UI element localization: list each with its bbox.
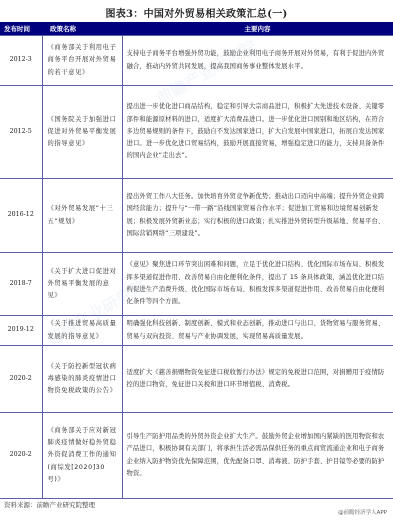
row-content: 明确强化科技创新、制度创新、模式和业态创新，推动进口与出口、货物贸易与服务贸易、… [122, 316, 393, 346]
row-date: 2016-12 [0, 179, 42, 253]
row-content: 提出外贸工作八大任务。加快培育外贸竞争新优势；推动出口迈向中高端；提升外贸企业跨… [122, 179, 393, 253]
table-row: 2018-7 《关于扩大进口促进对外贸易平衡发展的意见》 《意见》聚焦进口环节突… [0, 253, 393, 316]
row-content: 《意见》聚焦进口环节突出困难和问题，立足于优化进口结构、优化国际市场布局、积极发… [122, 253, 393, 316]
row-date: 2020-2 [0, 413, 42, 499]
row-policy-name: 《商务部关于利用电子商务平台开展对外贸易的若干意见》 [42, 36, 122, 86]
row-date: 2012-5 [0, 86, 42, 179]
row-policy-name: 《商务部关于应对新冠肺炎疫情做好稳外贸稳外资促消费工作的通知(商综发[2020]… [42, 413, 122, 499]
table-row: 2012-5 《国务院关于加强进口促进对外贸易平衡发展的指导意见》 提出进一步优… [0, 86, 393, 179]
row-date: 2018-7 [0, 253, 42, 316]
header-policy-name: 政策名称 [42, 22, 122, 36]
header-main-content: 主要内容 [122, 22, 393, 36]
source-note: 资料来源：前瞻产业研究院整理 [4, 500, 95, 509]
table-header-row: 发布时间 政策名称 主要内容 [0, 22, 393, 36]
row-content: 支持电子商务平台增强外贸功能，鼓励企业利用电子商务开展对外贸易，有利于促进内外贸… [122, 36, 393, 86]
row-date: 2019-12 [0, 316, 42, 346]
row-policy-name: 《国务院关于加强进口促进对外贸易平衡发展的指导意见》 [42, 86, 122, 179]
table-row: 2020-2 《关于防控新型冠状病毒感染的肺炎疫情进口物资免税政策的公告》 适度… [0, 346, 393, 413]
table-row: 2020-2 《商务部关于应对新冠肺炎疫情做好稳外贸稳外资促消费工作的通知(商综… [0, 413, 393, 499]
row-policy-name: 《关于防控新型冠状病毒感染的肺炎疫情进口物资免税政策的公告》 [42, 346, 122, 413]
chart-title: 图表3：中国对外贸易相关政策汇总(一) [0, 5, 393, 20]
header-date: 发布时间 [0, 22, 42, 36]
row-content: 提出进一步优化进口商品结构，稳定和引导大宗商品进口，积极扩大先进技术设备、关键零… [122, 86, 393, 179]
row-content: 引导生产防护用品类的外贸外资企业扩大生产。鼓励外贸企业增加国内紧缺的医用物资和农… [122, 413, 393, 499]
row-policy-name: 《对外贸易发展“十三五”规划》 [42, 179, 122, 253]
table-row: 2016-12 《对外贸易发展“十三五”规划》 提出外贸工作八大任务。加快培育外… [0, 179, 393, 253]
app-watermark: @前瞻经济学人APP [338, 508, 387, 516]
row-content: 适度扩大《慈善捐赠物资免征进口税收暂行办法》规定的免税进口范围，对捐赠用于疫情防… [122, 346, 393, 413]
policy-table: 发布时间 政策名称 主要内容 2012-3 《商务部关于利用电子商务平台开展对外… [0, 22, 393, 499]
row-policy-name: 《关于推进贸易高质量发展的指导意见》 [42, 316, 122, 346]
row-policy-name: 《关于扩大进口促进对外贸易平衡发展的意见》 [42, 253, 122, 316]
table-row: 2012-3 《商务部关于利用电子商务平台开展对外贸易的若干意见》 支持电子商务… [0, 36, 393, 86]
row-date: 2012-3 [0, 36, 42, 86]
row-date: 2020-2 [0, 346, 42, 413]
table-row: 2019-12 《关于推进贸易高质量发展的指导意见》 明确强化科技创新、制度创新… [0, 316, 393, 346]
